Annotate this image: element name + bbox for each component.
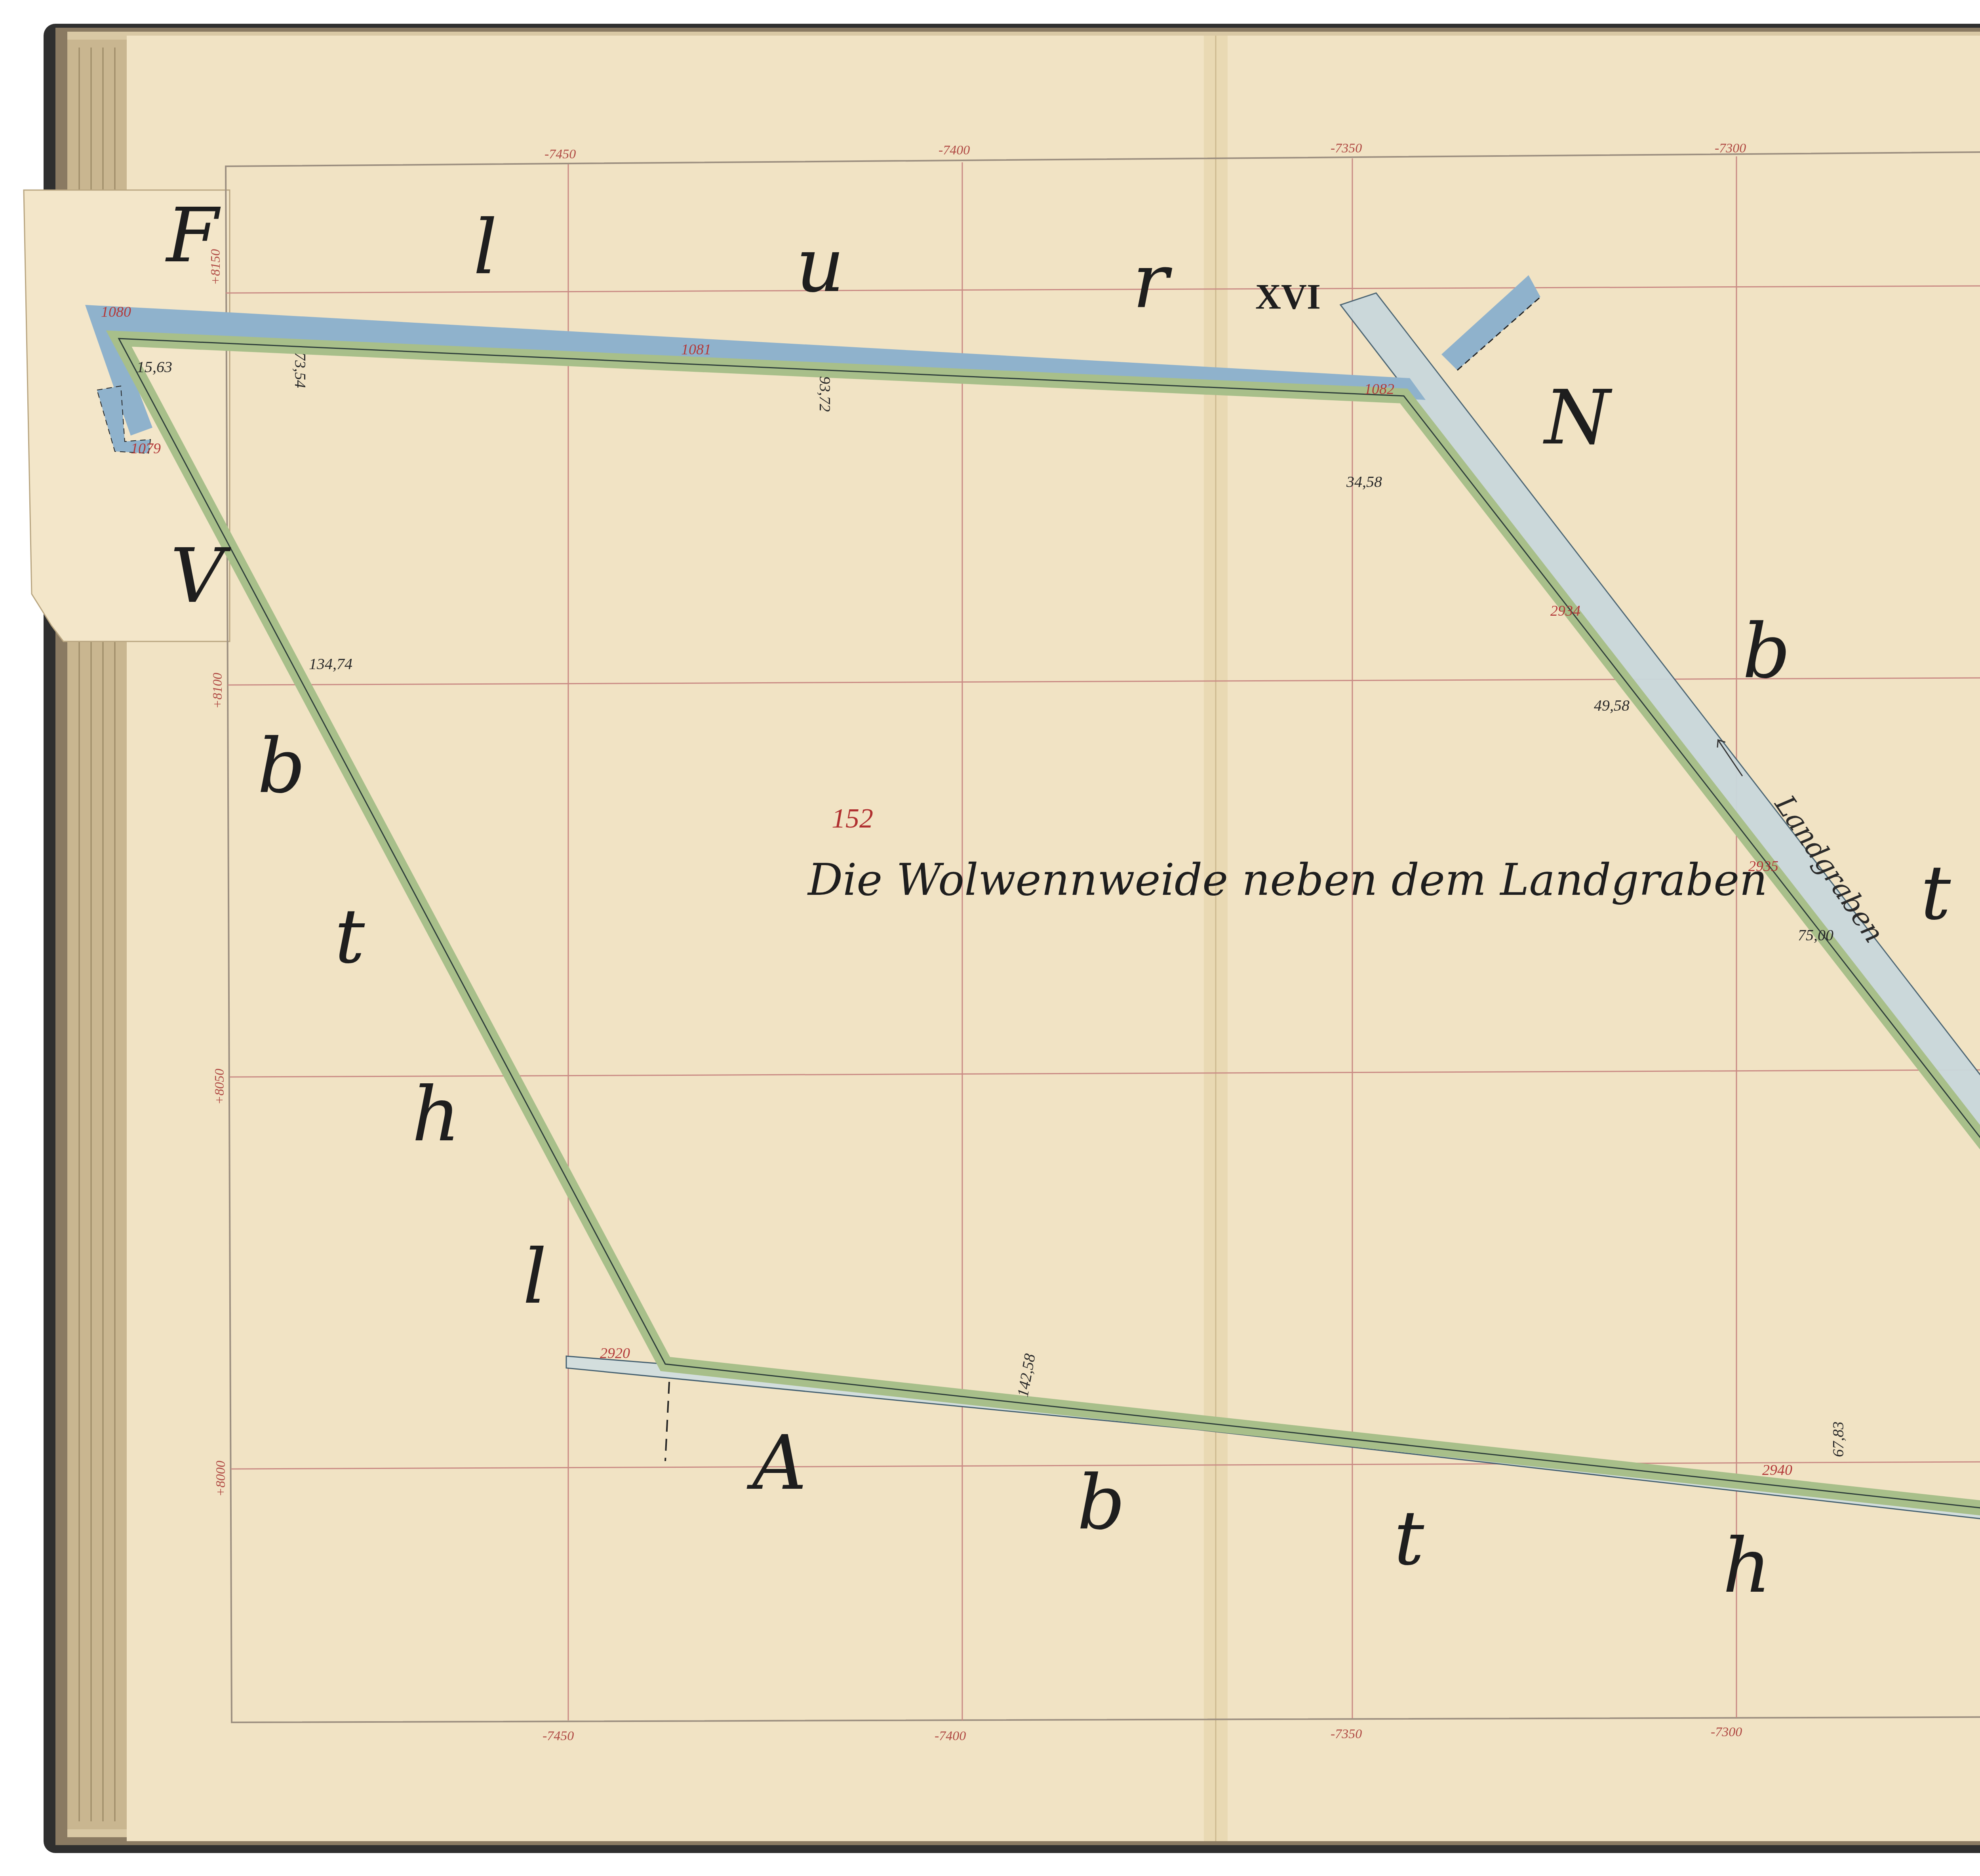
point-label: 2940 [1762, 1462, 1792, 1478]
border-letter: r [1133, 237, 1173, 325]
bottom-axis-label: -7300 [1711, 1725, 1742, 1739]
top-axis-label: -7400 [939, 143, 970, 158]
border-letter: t [1921, 849, 1951, 936]
top-axis-label: -7450 [544, 147, 576, 162]
border-letter: t [335, 892, 365, 980]
measurement-label: 49,58 [1594, 696, 1630, 714]
point-label: 1081 [681, 341, 711, 358]
parcel-title: Die Wolwennweide neben dem Landgraben [807, 854, 1767, 905]
left-axis-label: +8000 [213, 1461, 228, 1497]
top-axis-label: -7300 [1715, 141, 1746, 156]
border-letter: b [1742, 607, 1791, 695]
border-letter: l [523, 1233, 547, 1320]
measurement-label: 67,83 [1829, 1421, 1847, 1457]
border-letter: l [473, 204, 497, 291]
cadastral-map-scan: -7450 -7400 -7350 -7300 -7250 -7450 -740… [0, 0, 1980, 1876]
measurement-label: 75,00 [1798, 926, 1833, 944]
point-label: 1080 [101, 304, 131, 320]
top-axis-label: -7350 [1331, 141, 1362, 156]
point-label: 1082 [1364, 381, 1394, 398]
point-label: 2920 [600, 1345, 630, 1362]
point-label: 1079 [131, 440, 161, 457]
measurement-label: 73,54 [291, 352, 309, 388]
border-letter: b [1077, 1459, 1125, 1546]
bottom-axis-label: -7400 [935, 1729, 966, 1743]
border-letter: F [165, 192, 221, 279]
sheet-numeral: XVI [1255, 278, 1321, 317]
parcel-number: 152 [832, 803, 873, 834]
left-axis-label: +8050 [212, 1069, 227, 1105]
measurement-label: 15,63 [137, 358, 172, 376]
measurement-label: 93,72 [816, 376, 834, 412]
measurement-label: 34,58 [1346, 473, 1382, 491]
border-letter: N [1543, 374, 1613, 461]
border-letter: t [1394, 1494, 1424, 1582]
map-paper [127, 36, 1980, 1841]
bottom-axis-label: -7350 [1331, 1727, 1362, 1741]
border-letter: A [746, 1419, 807, 1507]
left-axis-label: +8100 [210, 673, 225, 709]
point-label: 2934 [1550, 603, 1580, 619]
border-letter: u [796, 221, 844, 309]
border-letter: h [1723, 1522, 1771, 1610]
border-letter: h [412, 1071, 460, 1158]
border-letter: b [257, 722, 306, 810]
border-letter: V [170, 532, 231, 620]
measurement-label: 134,74 [309, 655, 352, 673]
bottom-axis-label: -7450 [543, 1729, 574, 1743]
